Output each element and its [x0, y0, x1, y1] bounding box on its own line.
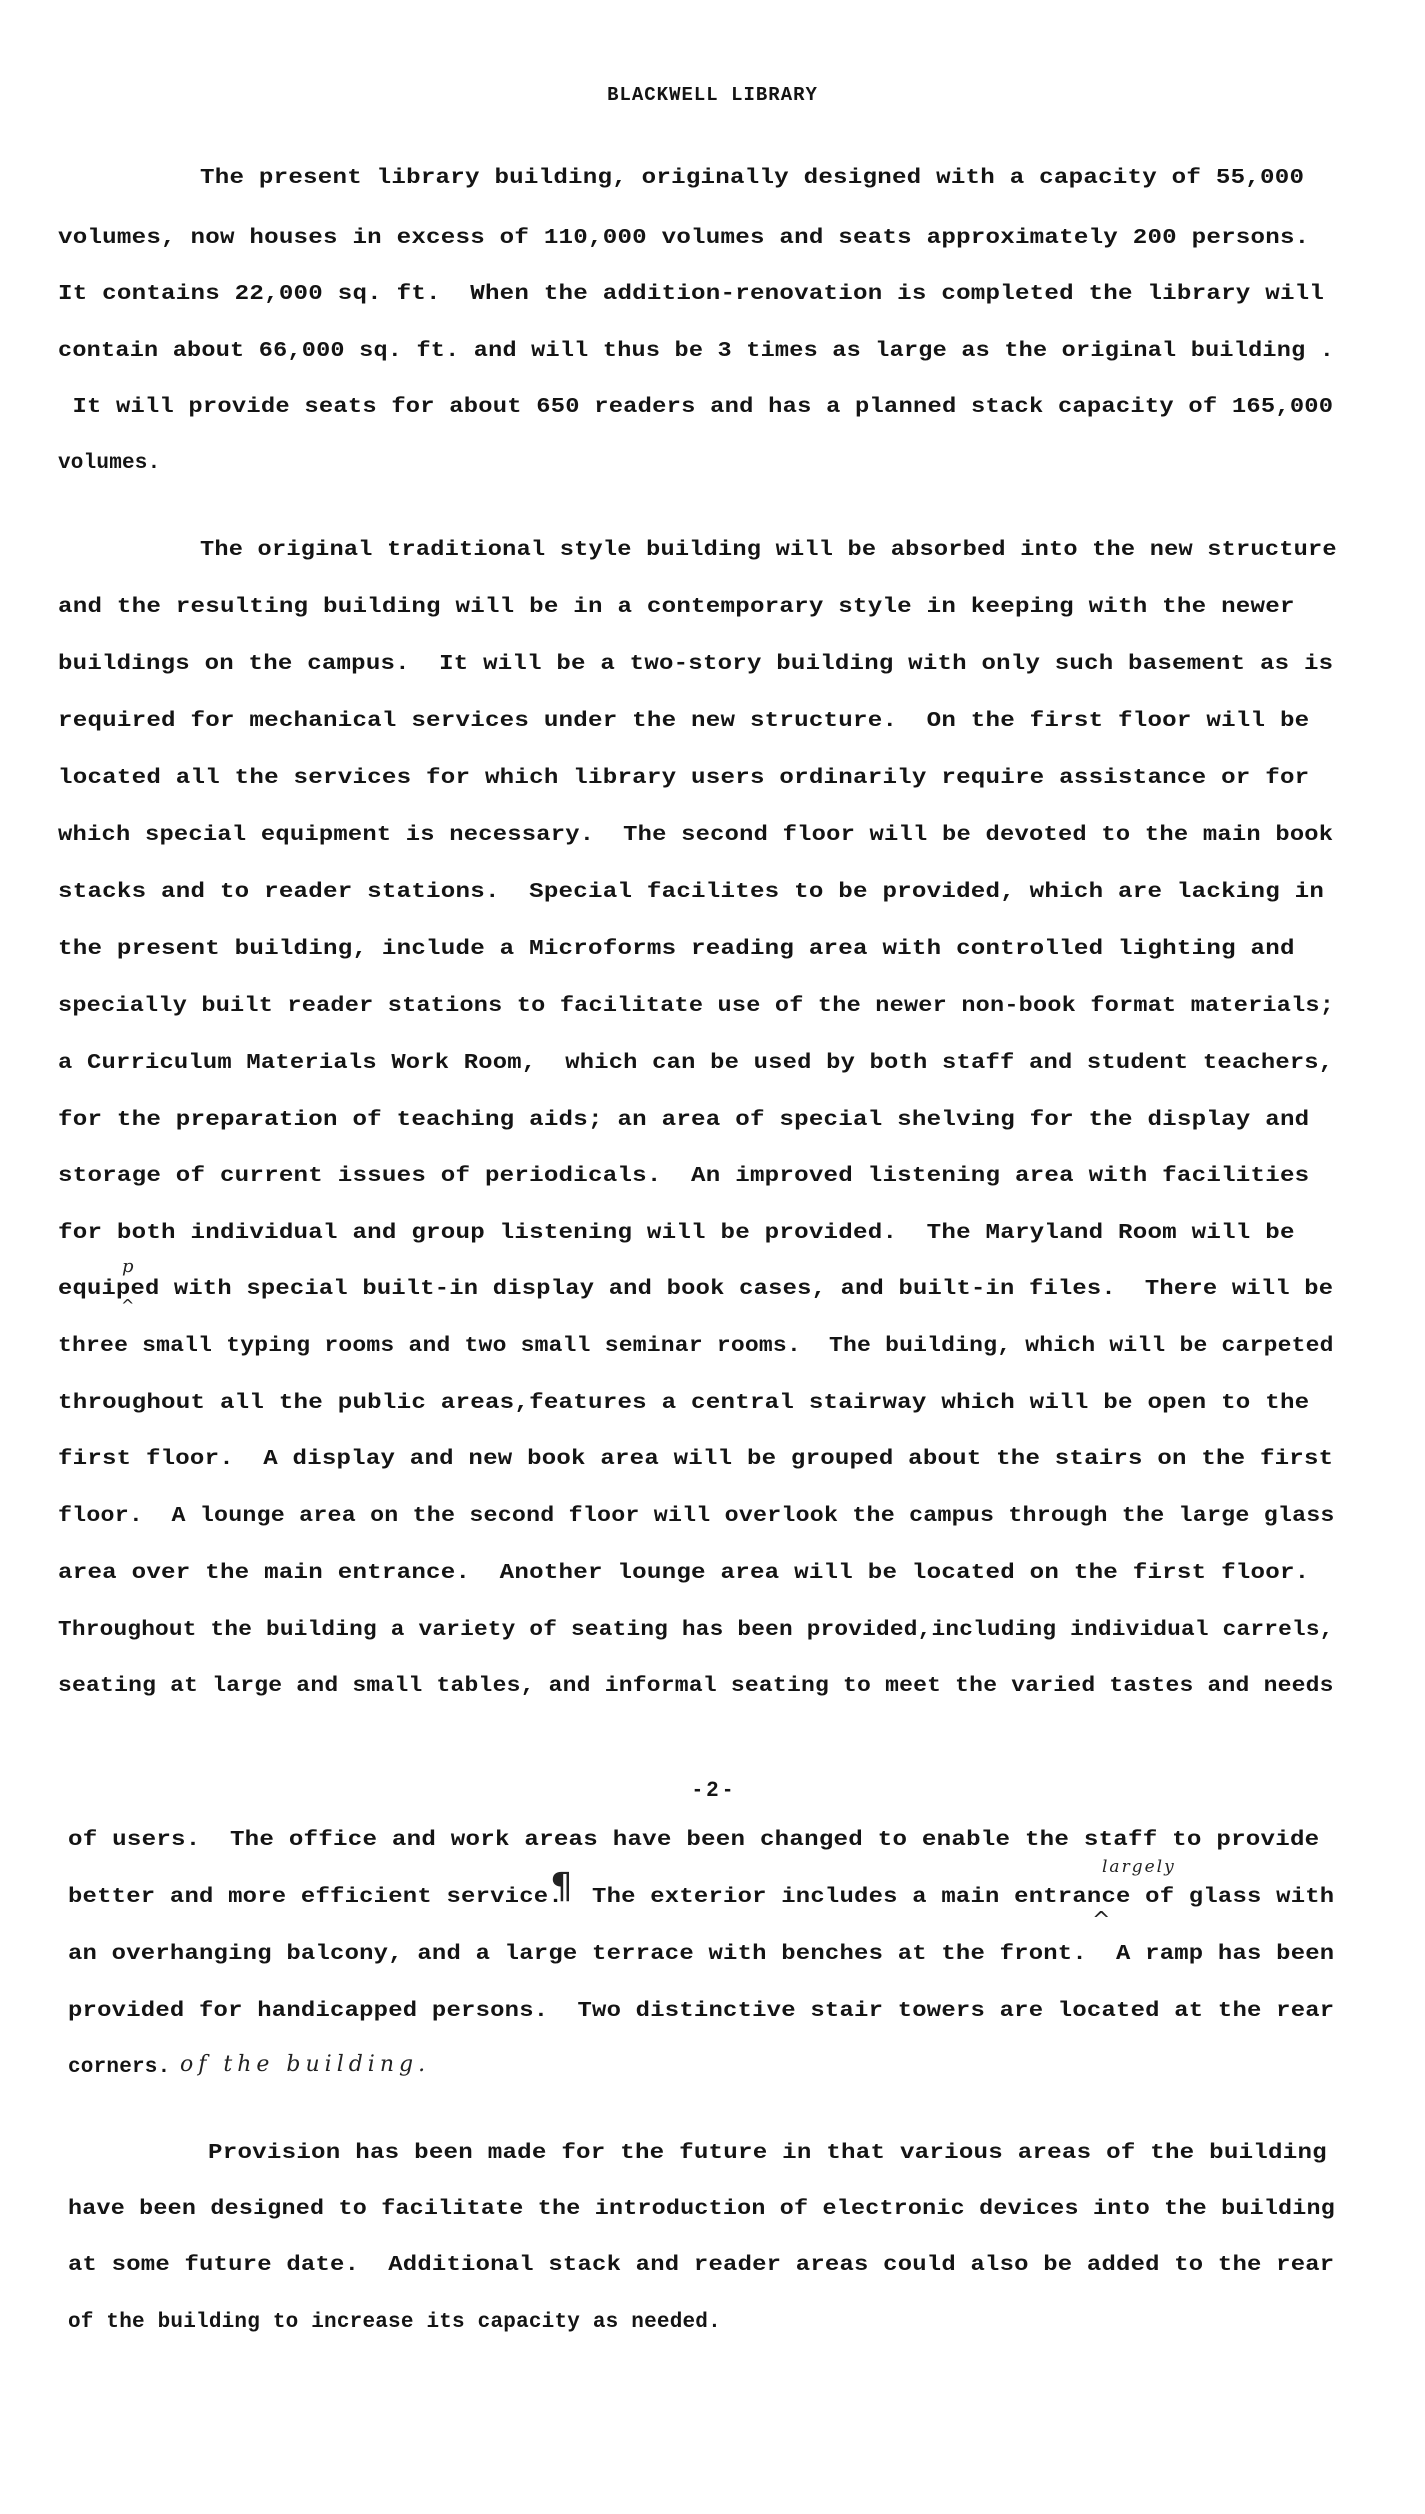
text-line: equiped with special built-in display an…	[58, 1279, 1333, 1300]
text-line: better and more efficient service. The e…	[68, 1887, 1334, 1908]
page-number: - 2 -	[0, 1778, 1425, 1802]
text-line: for the preparation of teaching aids; an…	[58, 1110, 1309, 1131]
text-line: It contains 22,000 sq. ft. When the addi…	[58, 284, 1324, 305]
text-line: volumes, now houses in excess of 110,000…	[58, 228, 1309, 249]
text-line: Provision has been made for the future i…	[208, 2143, 1327, 2164]
text-line: storage of current issues of periodicals…	[58, 1166, 1309, 1187]
text-line: throughout all the public areas,features…	[58, 1393, 1309, 1414]
caret-mark-icon: ^	[121, 1296, 134, 1315]
paragraph-mark-icon: ¶	[550, 1866, 573, 1907]
document-page: BLACKWELL LIBRARY The present library bu…	[0, 0, 1425, 2514]
text-line: a Curriculum Materials Work Room, which …	[58, 1053, 1333, 1074]
text-line: of users. The office and work areas have…	[68, 1830, 1319, 1851]
text-line: required for mechanical services under t…	[58, 711, 1309, 732]
text-line: stacks and to reader stations. Special f…	[58, 882, 1324, 903]
text-line: and the resulting building will be in a …	[58, 597, 1295, 618]
text-line: of the building to increase its capacity…	[68, 2312, 721, 2333]
text-line: the present building, include a Microfor…	[58, 939, 1295, 960]
text-line: volumes.	[58, 453, 160, 474]
text-line: provided for handicapped persons. Two di…	[68, 2001, 1334, 2022]
text-line: an overhanging balcony, and a large terr…	[68, 1944, 1334, 1965]
caret-mark-icon: ^	[1092, 1908, 1110, 1933]
text-line: It will provide seats for about 650 read…	[58, 397, 1333, 418]
text-line: seating at large and small tables, and i…	[58, 1676, 1334, 1697]
document-title: BLACKWELL LIBRARY	[0, 84, 1425, 106]
text-line: corners.	[68, 2057, 170, 2078]
handwritten-insert-p: p	[122, 1256, 134, 1277]
text-line: for both individual and group listening …	[58, 1223, 1295, 1244]
text-line: specially built reader stations to facil…	[58, 996, 1334, 1017]
text-line: first floor. A display and new book area…	[58, 1449, 1333, 1470]
text-line: The present library building, originally…	[200, 168, 1304, 189]
handwritten-insert-largely: largely	[1102, 1857, 1176, 1877]
text-line: The original traditional style building …	[200, 540, 1337, 561]
text-line: located all the services for which libra…	[58, 768, 1309, 789]
text-line: buildings on the campus. It will be a tw…	[58, 654, 1333, 675]
text-line: Throughout the building a variety of sea…	[58, 1620, 1334, 1641]
text-line: contain about 66,000 sq. ft. and will th…	[58, 341, 1334, 362]
text-line: floor. A lounge area on the second floor…	[58, 1506, 1335, 1527]
text-line: which special equipment is necessary. Th…	[58, 825, 1333, 846]
text-line: three small typing rooms and two small s…	[58, 1336, 1334, 1357]
text-line: have been designed to facilitate the int…	[68, 2199, 1335, 2220]
handwritten-insert-of-the-building: of the building.	[180, 2052, 430, 2077]
text-line: area over the main entrance. Another lou…	[58, 1563, 1309, 1584]
text-line: at some future date. Additional stack an…	[68, 2255, 1334, 2276]
